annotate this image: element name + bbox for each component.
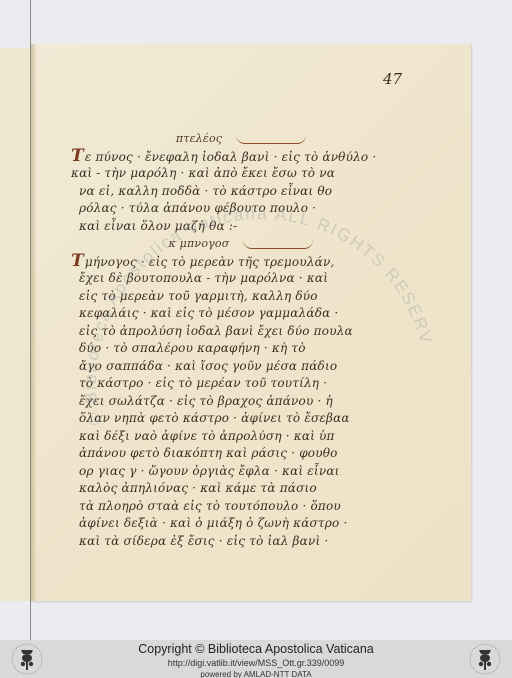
- text-line: ἔχει δὲ βουτοπουλα - τὴν μαρόλνα · καὶ: [71, 270, 411, 288]
- text-line: δύο · τὸ σπαλέρου καραφήνη · κὴ τὸ: [71, 340, 411, 358]
- text-line: καὶ - τὴν μαρόλη · καὶ ἀπὸ ἔκει ἔσω τὸ ν…: [71, 165, 411, 183]
- text-line: να εἰ, καλλη ποδδὰ · τὸ κάστρο εἶναι θο: [71, 183, 411, 201]
- rubricated-initial: Τ: [71, 146, 84, 166]
- manuscript-text: πτελέος Τε πύνος · ἔνεφαλη ἰοδαλ βανὶ · …: [71, 130, 411, 550]
- text-line: καὶ δέξι ναὸ ἀφίνε τὸ ἀπρολύση · καὶ ὑπ: [71, 428, 411, 446]
- text-line: καλὸς ἀπηλιόνας · καὶ κάμε τὰ πάσιο: [71, 480, 411, 498]
- footer-bar: Copyright © Biblioteca Apostolica Vatica…: [0, 640, 512, 678]
- text-line: ἄγο σαππάδα · καὶ ἴσος γοῦν μέσα πάδιο: [71, 358, 411, 376]
- permalink-url[interactable]: http://digi.vatlib.it/view/MSS_Ott.gr.33…: [0, 658, 512, 668]
- facing-page-edge: [0, 48, 32, 601]
- text-line: τὰ πλοηρὸ σταὰ εἰς τὸ τουτόπουλο · ὅπου: [71, 498, 411, 516]
- gutter-stain: [31, 44, 37, 601]
- text-line: τὸ κάστρο · εἰς τὸ μερέαν τοῦ τουτίλη ·: [71, 375, 411, 393]
- image-viewer[interactable]: 47 πτελέος Τε πύνος · ἔνεφαλη ἰοδαλ βανὶ…: [0, 0, 512, 640]
- text-line: εἰς τὸ μερεὰν τοῦ γαρμιτὴ, καλλη δύο: [71, 288, 411, 306]
- text-line: Τε πύνος · ἔνεφαλη ἰοδαλ βανὶ · εἰς τὸ ἀ…: [71, 148, 411, 166]
- text-line: καὶ εἶναι ὅλον μαζὴ θα :-: [71, 218, 411, 236]
- folio-number: 47: [383, 70, 402, 88]
- section-heading: κ μπνογοσ: [71, 235, 411, 253]
- flourish-ornament: [236, 135, 306, 144]
- text-line: Τμήνογος · εἰς τὸ μερεὰν τῆς τρεμουλάν,: [71, 253, 411, 271]
- rubricated-initial: Τ: [71, 251, 84, 271]
- text-line: ἀφίνει δεξιὰ · καὶ ὁ μιάξη ὁ ζωνὴ κάστρο…: [71, 515, 411, 533]
- manuscript-page: 47 πτελέος Τε πύνος · ἔνεφαλη ἰοδαλ βανὶ…: [31, 44, 471, 601]
- text-line: καὶ τὰ σίδερα ἐξ ἔσις · εἰς τὸ ἰαλ βανὶ …: [71, 533, 411, 551]
- text-line: κεφαλάις · καὶ εἰς τὸ μέσον γαμμαλάδα ·: [71, 305, 411, 323]
- text-line: ἀπάνου φετὸ διακόπτη καὶ ράσις · φουθο: [71, 445, 411, 463]
- flourish-ornament: [243, 240, 313, 249]
- powered-by-text: powered by AMLAD-NTT DATA: [0, 670, 512, 678]
- text-line: ορ γιας γ · ὥγουν ὀργιὰς ἔφλα · καὶ εἶνα…: [71, 463, 411, 481]
- text-line: ρόλας · τύλα ἀπάνου φέβουτο πουλο ·: [71, 200, 411, 218]
- text-line: εἰς τὸ ἀπρολύση ἰοδαλ βανὶ ἔχει δύο πουλ…: [71, 323, 411, 341]
- copyright-text: Copyright © Biblioteca Apostolica Vatica…: [0, 642, 512, 656]
- section-heading: πτελέος: [71, 130, 411, 148]
- vatican-library-seal-icon: [462, 642, 508, 676]
- text-line: ἔχει σωλάτζα · εἰς τὸ βραχος ἀπάνου · ἡ: [71, 393, 411, 411]
- text-line: ὅλαν νηπὰ φετὸ κάστρο · ἀφίνει τὸ ἔσεβαα: [71, 410, 411, 428]
